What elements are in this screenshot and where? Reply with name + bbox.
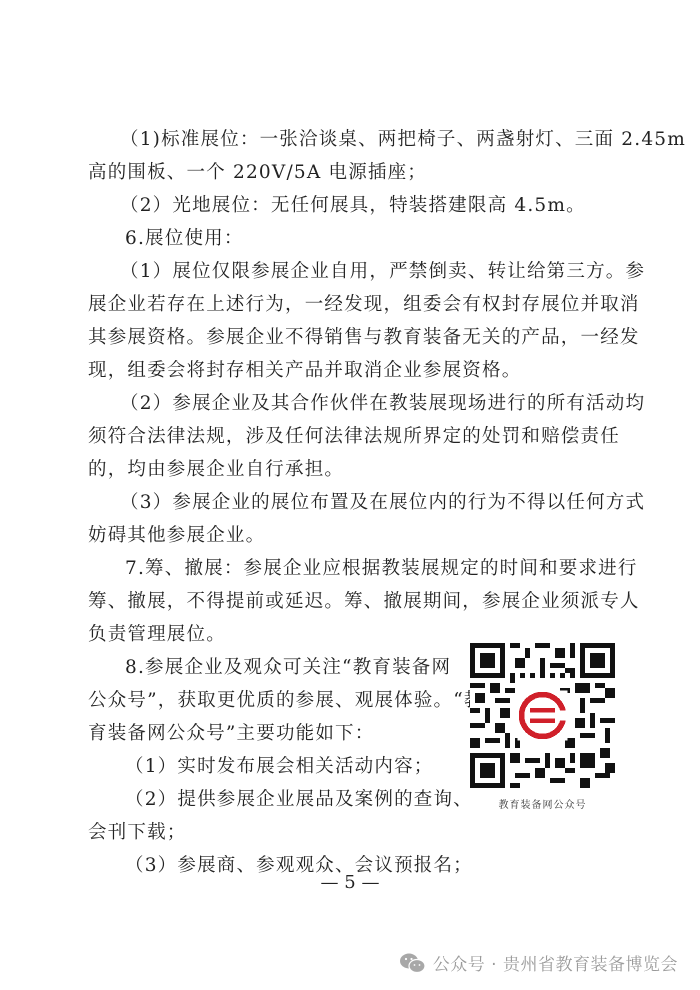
text-line: （1）展位仅限参展企业自用，严禁倒卖、转让给第三方。参 — [120, 260, 645, 284]
text-line: 会刊下载； — [88, 821, 187, 845]
section-heading: 7.筹、撤展：参展企业应根据教装展规定的时间和要求进行 — [125, 557, 638, 581]
text-line: 须符合法律法规，涉及任何法律法规所界定的处罚和赔偿责任 — [88, 425, 620, 449]
text-line: （2）提供参展企业展品及案例的查询、 — [125, 788, 473, 812]
watermark-text: 公众号 · 贵州省教育装备博览会 — [433, 950, 678, 975]
qr-code-block: 教育装备网公众号 — [470, 643, 615, 811]
text-line: 现，组委会将封存相关产品并取消企业参展资格。 — [88, 359, 521, 383]
qr-code-icon[interactable] — [470, 643, 615, 788]
text-line: 展企业若存在上述行为，一经发现，组委会有权封存展位并取消 — [88, 293, 640, 317]
section-heading: 6.展位使用： — [125, 227, 244, 251]
page-number: — 5 — — [0, 872, 700, 893]
text-line: 其参展资格。参展企业不得销售与教育装备无关的产品，一经发 — [88, 326, 640, 350]
text-line: （2）光地展位：无任何展具，特装搭建限高 4.5m。 — [120, 194, 586, 218]
qr-caption: 教育装备网公众号 — [470, 796, 615, 811]
text-line: （1）实时发布展会相关活动内容； — [125, 755, 433, 779]
section-heading: 8.参展企业及观众可关注“教育装备网 — [125, 656, 451, 680]
watermark: 公众号 · 贵州省教育装备博览会 — [399, 950, 678, 975]
text-line: （1)标准展位：一张洽谈桌、两把椅子、两盏射灯、三面 2.45m — [120, 128, 686, 152]
text-line: 的，均由参展企业自行承担。 — [88, 458, 344, 482]
text-line: 公众号”，获取更优质的参展、观展体验。“教 — [88, 689, 484, 713]
text-line: 育装备网公众号”主要功能如下： — [88, 722, 374, 746]
text-line: （2）参展企业及其合作伙伴在教装展现场进行的所有活动均 — [120, 392, 645, 416]
text-line: 筹、撤展，不得提前或延迟。筹、撤展期间，参展企业须派专人 — [88, 590, 640, 614]
text-line: 高的围板、一个 220V/5A 电源插座； — [88, 161, 427, 185]
document-page: （1)标准展位：一张洽谈桌、两把椅子、两盏射灯、三面 2.45m 高的围板、一个… — [0, 0, 700, 990]
wechat-icon — [399, 952, 427, 974]
text-line: 负责管理展位。 — [88, 623, 226, 647]
text-line: 妨碍其他参展企业。 — [88, 524, 265, 548]
text-line: （3）参展企业的展位布置及在展位内的行为不得以任何方式 — [120, 491, 645, 515]
